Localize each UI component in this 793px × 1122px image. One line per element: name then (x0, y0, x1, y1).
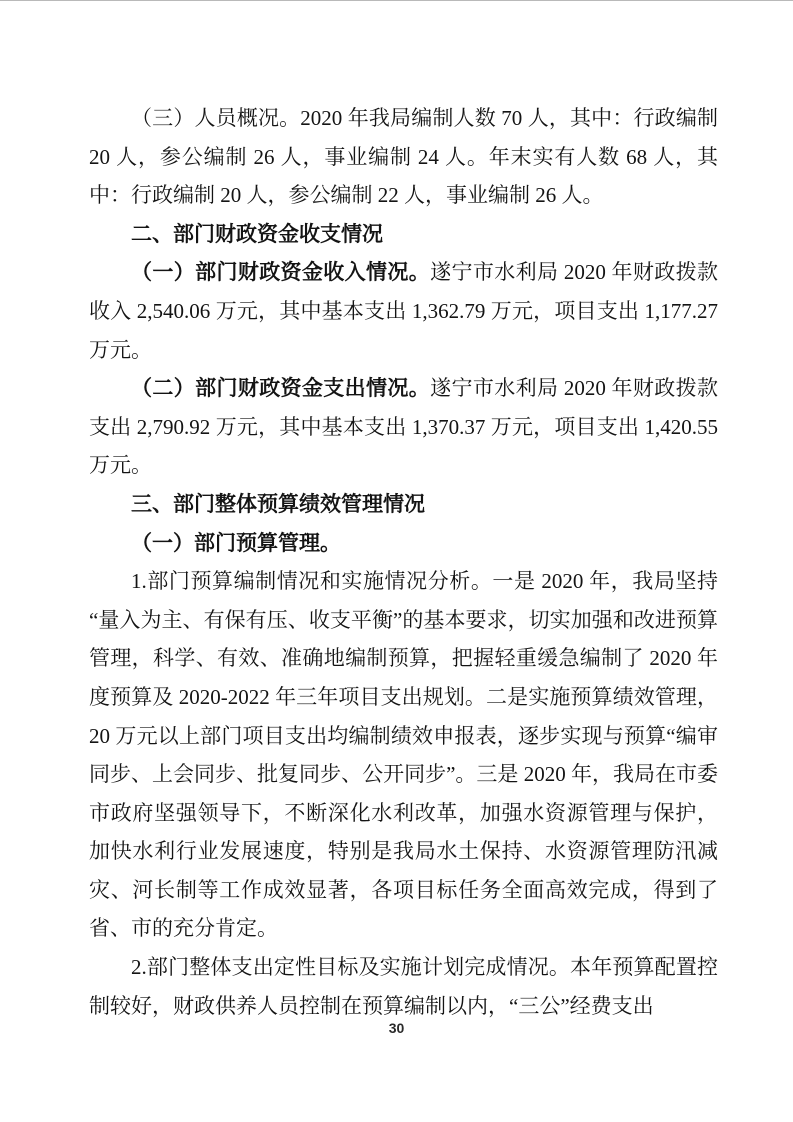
paragraph-overall-expenditure-targets: 2.部门整体支出定性目标及实施计划完成情况。本年预算配置控制较好，财政供养人员控… (89, 948, 718, 1025)
heading-budget-management: （一）部门预算管理。 (89, 524, 718, 563)
document-content: （三）人员概况。2020 年我局编制人数 70 人，其中：行政编制 20 人，参… (89, 99, 718, 1025)
paragraph-fiscal-expense: （二）部门财政资金支出情况。遂宁市水利局 2020 年财政拨款支出 2,790.… (89, 369, 718, 485)
page-top-edge-divider (0, 0, 793, 1)
paragraph-staffing-overview: （三）人员概况。2020 年我局编制人数 70 人，其中：行政编制 20 人，参… (89, 99, 718, 215)
fiscal-expense-lead-label: （二）部门财政资金支出情况。 (131, 376, 430, 400)
fiscal-income-lead-label: （一）部门财政资金收入情况。 (131, 260, 430, 284)
paragraph-budget-compilation-analysis: 1.部门预算编制情况和实施情况分析。一是 2020 年，我局坚持“量入为主、有保… (89, 562, 718, 948)
document-page: （三）人员概况。2020 年我局编制人数 70 人，其中：行政编制 20 人，参… (0, 0, 793, 1122)
paragraph-fiscal-income: （一）部门财政资金收入情况。遂宁市水利局 2020 年财政拨款收入 2,540.… (89, 253, 718, 369)
heading-section-three-performance-management: 三、部门整体预算绩效管理情况 (89, 485, 718, 524)
page-number: 30 (0, 1020, 793, 1036)
heading-section-two-fiscal-funds: 二、部门财政资金收支情况 (89, 215, 718, 254)
